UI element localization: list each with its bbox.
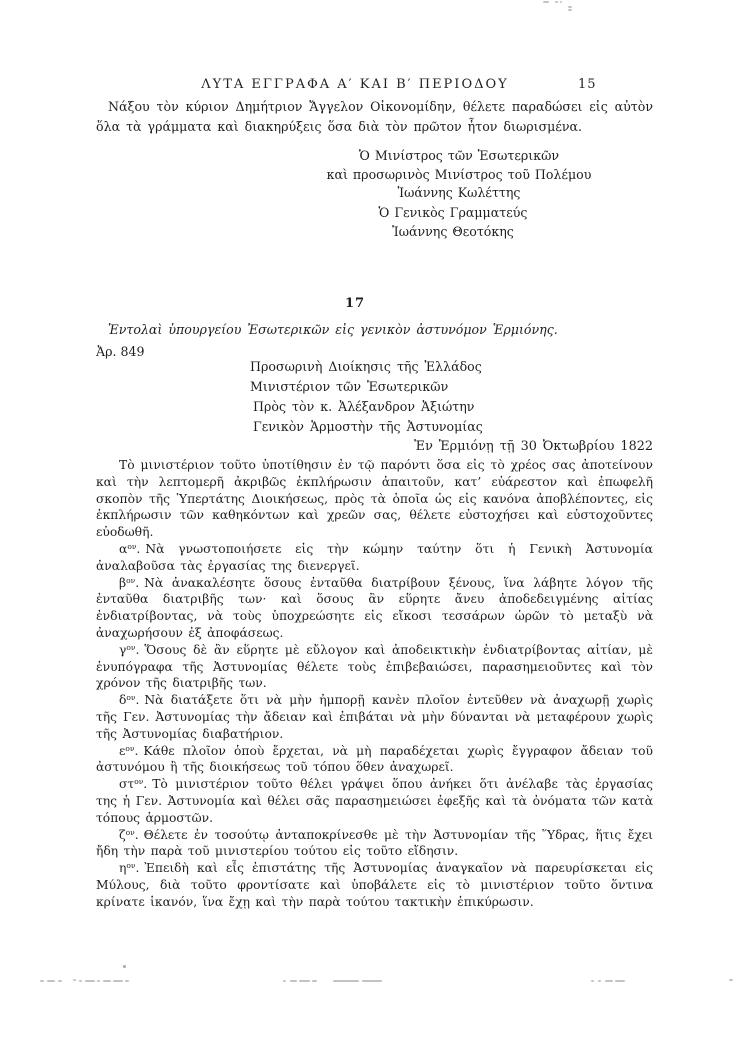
recipient-block: Πρὸς τὸν κ. Ἀλέξανδρον Ἀξιώτην Γενικὸν Ἁ…	[253, 397, 483, 437]
scan-speck	[543, 1, 549, 3]
scan-speck	[113, 980, 123, 982]
scan-speck	[79, 980, 82, 982]
scan-speck	[283, 980, 286, 982]
protocol-number: Ἀρ. 849	[96, 344, 145, 359]
item-marker: ζον.	[119, 828, 139, 842]
recipient-line: Πρὸς τὸν κ. Ἀλέξανδρον Ἀξιώτην	[253, 397, 483, 417]
scan-speck	[605, 980, 613, 982]
signature-name: Ἰωάννης Θεοτόκης	[292, 223, 614, 242]
item-text: Ὅσους δὲ ἂν εὕρητε μὲ εὔλογον καὶ ἀποδει…	[96, 643, 653, 691]
scan-speck	[312, 980, 317, 982]
item-text: Θέλετε ἐν τοσούτῳ ἀνταποκρίνεσθε μὲ τὴν …	[96, 828, 653, 859]
scan-speck	[40, 980, 44, 982]
signature-name: Ἰωάννης Κωλέττης	[298, 184, 620, 203]
document-summary-italic: Ἐντολαὶ ὑπουργείου Ἐσωτερικῶν εἰς γενικὸ…	[96, 322, 653, 337]
scan-speck	[85, 980, 95, 982]
scan-speck	[568, 9, 572, 11]
letterhead-line: Προσωρινὴ Διοίκησις τῆς Ἑλλάδος	[250, 357, 482, 377]
letter-body: Τὸ μινιστέριον τοῦτο ὑποτίθησιν ἐν τῷ πα…	[96, 457, 653, 911]
signature-title-line: Ὁ Γενικὸς Γραμματεύς	[292, 204, 614, 223]
document-number-heading: 17	[95, 296, 615, 311]
numbered-item-2: βον.Νὰ ἀνακαλέσητε ὅσους ἐνταῦθα διατρίβ…	[96, 575, 653, 642]
numbered-item-8: ηον.Ἐπειδὴ καὶ εἷς ἐπιστάτης τῆς Ἀστυνομ…	[96, 860, 653, 910]
scan-speck	[568, 6, 572, 8]
scan-speck	[299, 980, 310, 982]
running-header-title: ΛΥΤΑ ΕΓΓΡΑΦΑ Α′ ΚΑΙ Β′ ΠΕΡΙΟΔΟΥ	[95, 77, 615, 92]
recipient-line: Γενικὸν Ἁρμοστὴν τῆς Ἀστυνομίας	[253, 417, 483, 437]
scan-speck	[125, 980, 129, 982]
scan-speck	[73, 979, 76, 981]
numbered-item-6: στον.Τὸ μινιστέριον τοῦτο θέλει γράψει ὅ…	[96, 776, 653, 826]
scan-speck	[615, 980, 625, 982]
previous-document-closing-paragraph: Νάξου τὸν κύριον Δημήτριον Ἄγγελον Οἰκον…	[96, 97, 653, 137]
scan-speck	[591, 980, 594, 982]
numbered-item-5: εον.Κάθε πλοῖον ὁποὺ ἔρχεται, νὰ μὴ παρα…	[96, 743, 653, 777]
scan-speck	[362, 980, 382, 982]
item-text: Κάθε πλοῖον ὁποὺ ἔρχεται, νὰ μὴ παραδέχε…	[96, 744, 653, 775]
scan-speck	[47, 980, 55, 982]
signature-block-minister: Ὁ Μινίστρος τῶν Ἐσωτερικῶν καὶ προσωρινὸ…	[298, 147, 620, 203]
scan-speck	[598, 980, 601, 982]
item-text: Νὰ ἀνακαλέσητε ὅσους ἐνταῦθα διατρίβουν …	[96, 576, 653, 640]
signature-title-line: καὶ προσωρινὸς Μινίστρος τοῦ Πολέμου	[298, 166, 620, 185]
signature-title-line: Ὁ Μινίστρος τῶν Ἐσωτερικῶν	[298, 147, 620, 166]
scan-speck	[103, 980, 111, 982]
scan-speck	[333, 980, 359, 982]
scan-speck	[58, 980, 62, 982]
item-text: Νὰ διατάξετε ὅτι νὰ μὴν ἠμπορῇ κανὲν πλο…	[96, 693, 653, 741]
item-marker: δον.	[119, 693, 139, 707]
numbered-item-7: ζον.Θέλετε ἐν τοσούτῳ ἀνταποκρίνεσθε μὲ …	[96, 827, 653, 861]
scan-speck	[555, 1, 558, 3]
scan-speck	[290, 980, 297, 982]
item-text: Νὰ γνωστοποιήσετε εἰς τὴν κώμην ταύτην ὅ…	[96, 542, 653, 573]
letter-intro-paragraph: Τὸ μινιστέριον τοῦτο ὑποτίθησιν ἐν τῷ πα…	[96, 457, 653, 541]
item-marker: βον.	[119, 576, 139, 590]
scan-speck	[97, 980, 100, 982]
letterhead-line: Μινιστέριον τῶν Ἐσωτερικῶν	[250, 377, 482, 397]
letterhead-block: Προσωρινὴ Διοίκησις τῆς Ἑλλάδος Μινιστέρ…	[250, 357, 482, 397]
signature-block-secretary: Ὁ Γενικὸς Γραμματεύς Ἰωάννης Θεοτόκης	[292, 204, 614, 241]
scanned-book-page: ΛΥΤΑ ΕΓΓΡΑΦΑ Α′ ΚΑΙ Β′ ΠΕΡΙΟΔΟΥ 15 Νάξου…	[0, 0, 744, 1052]
item-marker: εον.	[119, 744, 138, 758]
item-marker: αον.	[119, 542, 140, 556]
numbered-item-3: γον.Ὅσους δὲ ἂν εὕρητε μὲ εὔλογον καὶ ἀπ…	[96, 642, 653, 692]
item-marker: στον.	[119, 777, 147, 791]
numbered-item-4: δον.Νὰ διατάξετε ὅτι νὰ μὴν ἠμπορῇ κανὲν…	[96, 692, 653, 742]
page-number: 15	[578, 77, 597, 92]
scan-speck	[233, 862, 236, 865]
item-marker: ηον.	[119, 861, 139, 875]
scan-speck	[560, 1, 562, 3]
numbered-item-1: αον.Νὰ γνωστοποιήσετε εἰς τὴν κώμην ταύτ…	[96, 541, 653, 575]
scan-speck	[729, 979, 733, 981]
item-text: Ἐπειδὴ καὶ εἷς ἐπιστάτης τῆς Ἀστυνομίας …	[96, 861, 653, 909]
item-text: Τὸ μινιστέριον τοῦτο θέλει γράψει ὅπου ἀ…	[96, 777, 653, 825]
scan-speck	[123, 965, 126, 968]
dateline: Ἐν Ἑρμιόνῃ τῇ 30 Ὀκτωβρίου 1822	[96, 439, 653, 454]
item-marker: γον.	[119, 643, 139, 657]
